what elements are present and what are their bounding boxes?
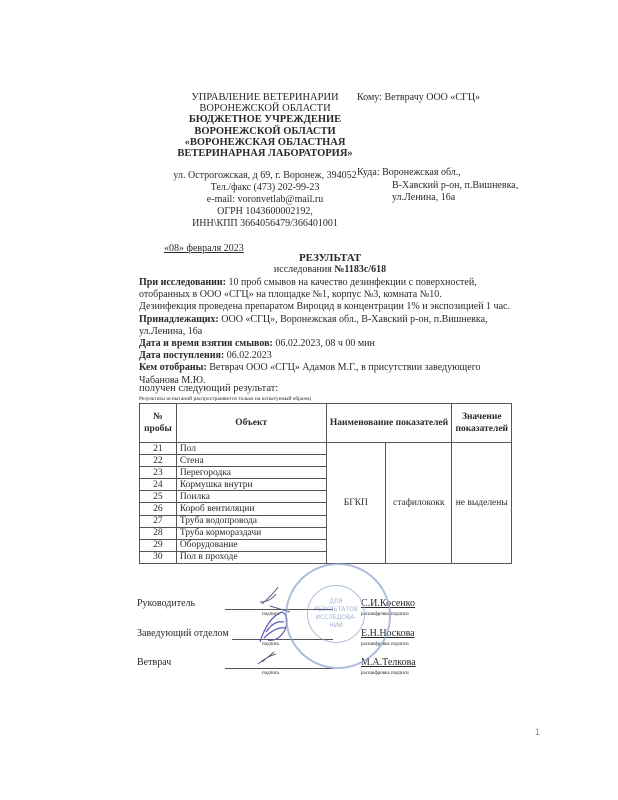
header-indicator-name: Наименование показателей	[326, 404, 452, 443]
org-line: ВОРОНЕЖСКОЙ ОБЛАСТИ	[150, 103, 380, 114]
owner-label: Принадлежащих:	[139, 314, 219, 325]
disclaimer: Результаты испытаний распространяются то…	[139, 396, 311, 402]
signature-role-dept: Заведующий отделом	[137, 628, 229, 639]
email-line: e-mail: voronvetlab@mail.ru	[150, 194, 380, 206]
indicator-group: БГКП	[326, 443, 386, 564]
official-stamp: ДЛЯ РЕЗУЛЬТАТОВ ИССЛЕДОВА- НИЙ	[285, 563, 391, 669]
address-line: ул. Острогожская, д 69, г. Воронеж, 3940…	[150, 170, 380, 182]
name-caption: расшифровка подписи	[361, 671, 409, 676]
sample-num: 30	[140, 551, 177, 563]
received-text: 06.02.2023	[224, 350, 272, 361]
organization-header: УПРАВЛЕНИЕ ВЕТЕРИНАРИИ ВОРОНЕЖСКОЙ ОБЛАС…	[150, 92, 380, 159]
owner-paragraph: Принадлежащих: ООО «СГЦ», Воронежская об…	[139, 314, 519, 338]
sample-num: 26	[140, 503, 177, 515]
sampling-text: 06.02.2023, 08 ч 00 мин	[273, 338, 375, 349]
research-label: При исследовании:	[139, 277, 226, 288]
org-line: «ВОРОНЕЖСКАЯ ОБЛАСТНАЯ	[150, 137, 380, 148]
ogrn-line: ОГРН 1043600002192,	[150, 206, 380, 218]
indicator-name: стафилококк	[386, 443, 452, 564]
sample-object: Кормушка внутри	[176, 479, 326, 491]
organization-address: ул. Острогожская, д 69, г. Воронеж, 3940…	[150, 170, 380, 230]
sampling-paragraph: Дата и время взятия смывов: 06.02.2023, …	[139, 338, 519, 350]
sample-num: 28	[140, 527, 177, 539]
where-line: Куда: Воронежская обл.,	[357, 167, 518, 180]
where-line: В-Хавский р-он, п.Вишневка,	[357, 180, 518, 193]
stamp-text: ИССЛЕДОВА-	[308, 614, 364, 622]
page-number: 1	[535, 727, 540, 737]
where-line: ул.Ленина, 16а	[357, 192, 518, 205]
disinfection-text: Дезинфекция проведена препаратом Вироцид…	[139, 301, 519, 313]
sample-object: Труба кормораздачи	[176, 527, 326, 539]
sample-num: 21	[140, 443, 177, 455]
obtained-result-label: получен следующий результат:	[139, 383, 278, 394]
org-line: УПРАВЛЕНИЕ ВЕТЕРИНАРИИ	[150, 92, 380, 103]
sample-object: Стена	[176, 455, 326, 467]
sample-object: Пол в проходе	[176, 551, 326, 563]
table-row: 21 Пол БГКП стафилококк не выделены	[140, 443, 512, 455]
sample-num: 23	[140, 467, 177, 479]
header-sample-num: № пробы	[140, 404, 177, 443]
sample-object: Оборудование	[176, 539, 326, 551]
header-indicator-value: Значение показателей	[452, 404, 512, 443]
stamp-text: НИЙ	[308, 622, 364, 630]
sample-object: Поилка	[176, 491, 326, 503]
sample-num: 22	[140, 455, 177, 467]
received-label: Дата поступления:	[139, 350, 224, 361]
phone-line: Тел./факс (473) 202-99-23	[150, 182, 380, 194]
signature-role-vet: Ветврач	[137, 657, 171, 668]
taken-label: Кем отобраны:	[139, 362, 207, 373]
org-line: ВОРОНЕЖСКОЙ ОБЛАСТИ	[150, 126, 380, 137]
sample-object: Труба водопровода	[176, 515, 326, 527]
research-number: №1183с/618	[334, 264, 386, 275]
stamp-text: РЕЗУЛЬТАТОВ	[308, 606, 364, 614]
recipient: Кому: Ветврачу ООО «СГЦ»	[357, 92, 480, 103]
recipient-address: Куда: Воронежская обл., В-Хавский р-он, …	[357, 167, 518, 205]
signature-role-head: Руководитель	[137, 598, 195, 609]
header-object: Объект	[176, 404, 326, 443]
indicator-value: не выделены	[452, 443, 512, 564]
sample-num: 25	[140, 491, 177, 503]
sample-num: 27	[140, 515, 177, 527]
document-subtitle: исследования №1183с/618	[150, 264, 510, 275]
stamp-text: ДЛЯ	[308, 598, 364, 606]
subtitle-prefix: исследования	[274, 264, 334, 275]
org-line: БЮДЖЕТНОЕ УЧРЕЖДЕНИЕ	[150, 114, 380, 125]
table-header-row: № пробы Объект Наименование показателей …	[140, 404, 512, 443]
org-line: ВЕТЕРИНАРНАЯ ЛАБОРАТОРИЯ»	[150, 148, 380, 159]
research-paragraph: При исследовании: 10 проб смывов на каче…	[139, 277, 519, 301]
received-paragraph: Дата поступления: 06.02.2023	[139, 350, 519, 362]
sample-num: 24	[140, 479, 177, 491]
sample-object: Короб вентиляции	[176, 503, 326, 515]
inn-line: ИНН\КПП 3664056479/366401001	[150, 218, 380, 230]
sampling-label: Дата и время взятия смывов:	[139, 338, 273, 349]
sample-object: Перегородка	[176, 467, 326, 479]
results-table: № пробы Объект Наименование показателей …	[139, 403, 512, 564]
document-title: РЕЗУЛЬТАТ	[150, 252, 510, 264]
stamp-center: ДЛЯ РЕЗУЛЬТАТОВ ИССЛЕДОВА- НИЙ	[307, 585, 365, 643]
sample-object: Пол	[176, 443, 326, 455]
research-details: При исследовании: 10 проб смывов на каче…	[139, 277, 519, 387]
sample-num: 29	[140, 539, 177, 551]
